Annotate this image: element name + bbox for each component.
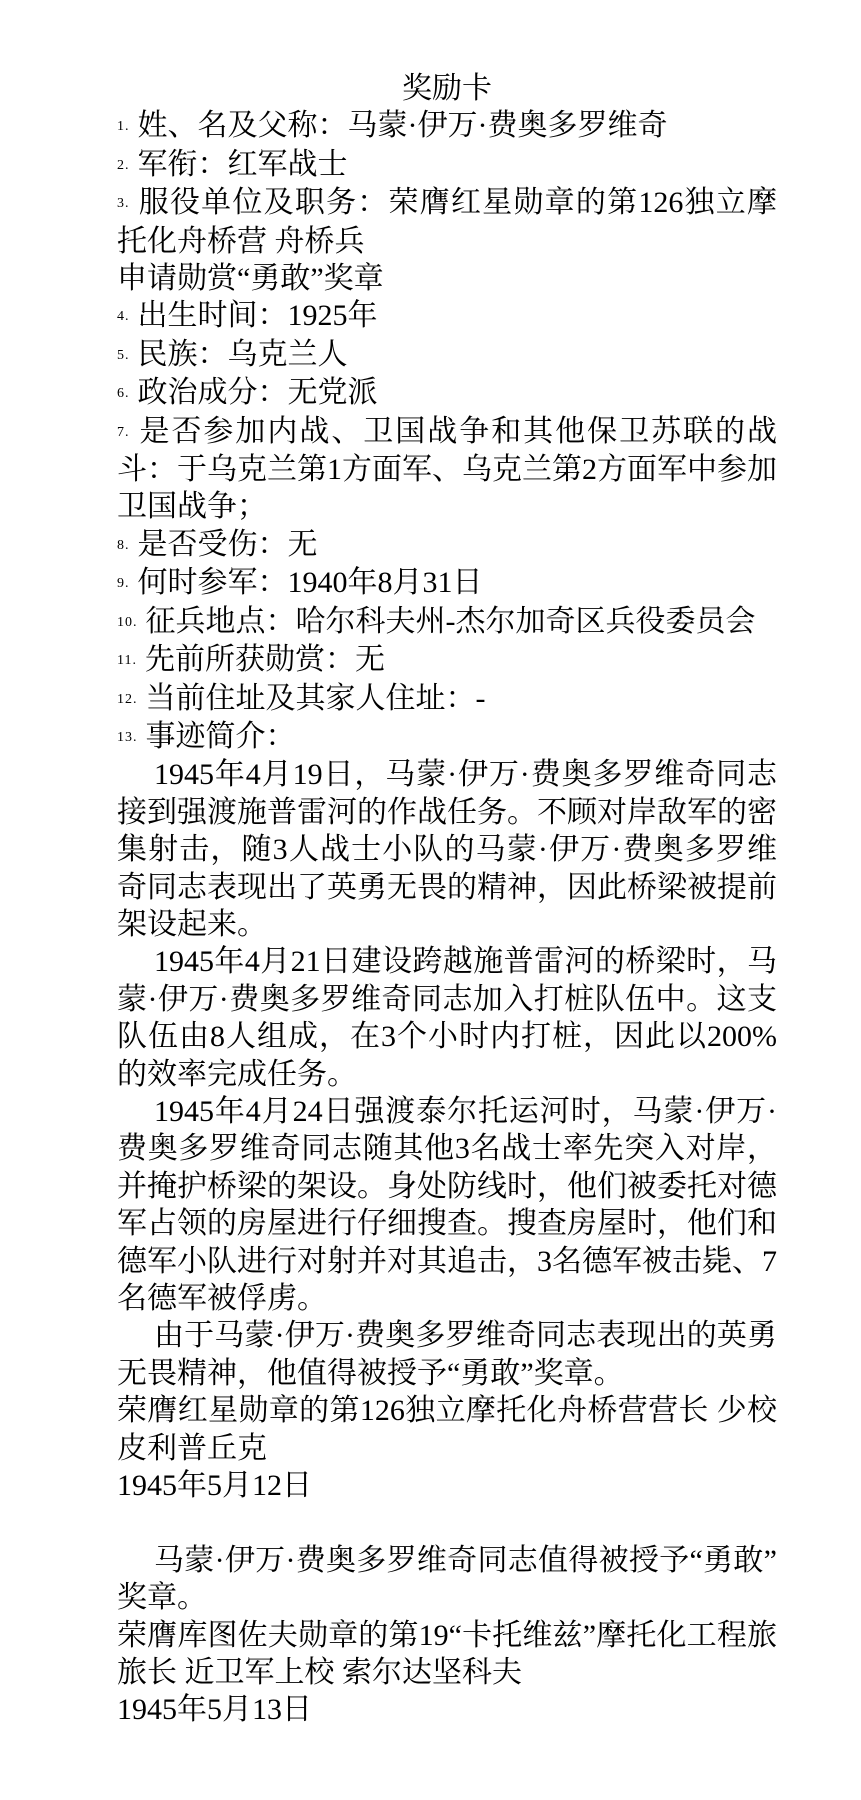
- field-item-3: 3.服役单位及职务：荣膺红星勋章的第126独立摩托化舟桥营 舟桥兵: [117, 184, 777, 260]
- item-number: 2.: [117, 158, 130, 173]
- item-text: 服役单位及职务：荣膺红星勋章的第126独立摩托化舟桥营 舟桥兵: [117, 186, 777, 257]
- item-number: 11.: [117, 653, 137, 668]
- field-item-9: 9.何时参军：1940年8月31日: [117, 564, 777, 602]
- citation-paragraph-2: 1945年4月21日建设跨越施普雷河的桥梁时，马蒙·伊万·费奥多罗维奇同志加入打…: [117, 943, 777, 1093]
- item-number: 6.: [117, 386, 130, 401]
- item-text: 何时参军：1940年8月31日: [138, 566, 483, 599]
- item-number: 13.: [117, 730, 138, 745]
- field-item-8: 8.是否受伤：无: [117, 526, 777, 564]
- item-number: 8.: [117, 538, 130, 553]
- field-item-10: 10.征兵地点：哈尔科夫州-杰尔加奇区兵役委员会: [117, 603, 777, 641]
- item-text: 是否参加内战、卫国战争和其他保卫苏联的战斗：于乌克兰第1方面军、乌克兰第2方面军…: [117, 415, 777, 524]
- item-text: 军衔：红军战士: [138, 148, 348, 181]
- item-number: 4.: [117, 309, 130, 324]
- document-title: 奖励卡: [117, 70, 777, 107]
- item-number: 9.: [117, 576, 130, 591]
- citation-paragraph-3: 1945年4月24日强渡泰尔托运河时，马蒙·伊万·费奥多罗维奇同志随其他3名战士…: [117, 1093, 777, 1317]
- document-page-background: { "colors": { "background": "#ffffff", "…: [0, 0, 861, 1800]
- item-number: 1.: [117, 119, 130, 134]
- field-item-7: 7.是否参加内战、卫国战争和其他保卫苏联的战斗：于乌克兰第1方面军、乌克兰第2方…: [117, 413, 777, 526]
- citation-paragraph-1: 1945年4月19日，马蒙·伊万·费奥多罗维奇同志接到强渡施普雷河的作战任务。不…: [117, 756, 777, 943]
- item-text: 征兵地点：哈尔科夫州-杰尔加奇区兵役委员会: [146, 605, 756, 638]
- medal-application-line: 申请勋赏“勇敢”奖章: [117, 260, 777, 297]
- citation-paragraph-4: 由于马蒙·伊万·费奥多罗维奇同志表现出的英勇无畏精神，他值得被授予“勇敢”奖章。: [117, 1317, 777, 1392]
- item-number: 5.: [117, 348, 130, 363]
- field-item-5: 5.民族：乌克兰人: [117, 336, 777, 374]
- recommendation-paragraph: 马蒙·伊万·费奥多罗维奇同志值得被授予“勇敢”奖章。: [117, 1542, 777, 1617]
- field-item-1: 1.姓、名及父称：马蒙·伊万·费奥多罗维奇: [117, 107, 777, 145]
- field-item-6: 6.政治成分：无党派: [117, 374, 777, 412]
- signature-line-1: 荣膺红星勋章的第126独立摩托化舟桥营营长 少校 皮利普丘克: [117, 1392, 777, 1467]
- date-line-2: 1945年5月13日: [117, 1691, 777, 1728]
- date-line-1: 1945年5月12日: [117, 1467, 777, 1504]
- item-text: 出生时间：1925年: [138, 299, 378, 332]
- item-number: 7.: [117, 425, 130, 440]
- field-item-2: 2.军衔：红军战士: [117, 146, 777, 184]
- item-text: 姓、名及父称：马蒙·伊万·费奥多罗维奇: [138, 109, 668, 142]
- item-text: 政治成分：无党派: [138, 376, 378, 409]
- item-text: 民族：乌克兰人: [138, 338, 348, 371]
- field-item-4: 4.出生时间：1925年: [117, 297, 777, 335]
- item-text: 当前住址及其家人住址：-: [146, 682, 486, 715]
- item-text: 先前所获勋赏：无: [145, 643, 385, 676]
- award-card-document: 奖励卡 1.姓、名及父称：马蒙·伊万·费奥多罗维奇 2.军衔：红军战士 3.服役…: [0, 0, 861, 1729]
- item-number: 10.: [117, 615, 138, 630]
- field-item-11: 11.先前所获勋赏：无: [117, 641, 777, 679]
- item-text: 事迹简介：: [146, 720, 296, 753]
- item-number: 3.: [117, 196, 130, 211]
- field-item-13: 13.事迹简介：: [117, 718, 777, 756]
- item-text: 是否受伤：无: [138, 528, 318, 561]
- signature-line-2: 荣膺库图佐夫勋章的第19“卡托维兹”摩托化工程旅旅长 近卫军上校 索尔达坚科夫: [117, 1617, 777, 1692]
- item-number: 12.: [117, 692, 138, 707]
- field-item-12: 12.当前住址及其家人住址：-: [117, 680, 777, 718]
